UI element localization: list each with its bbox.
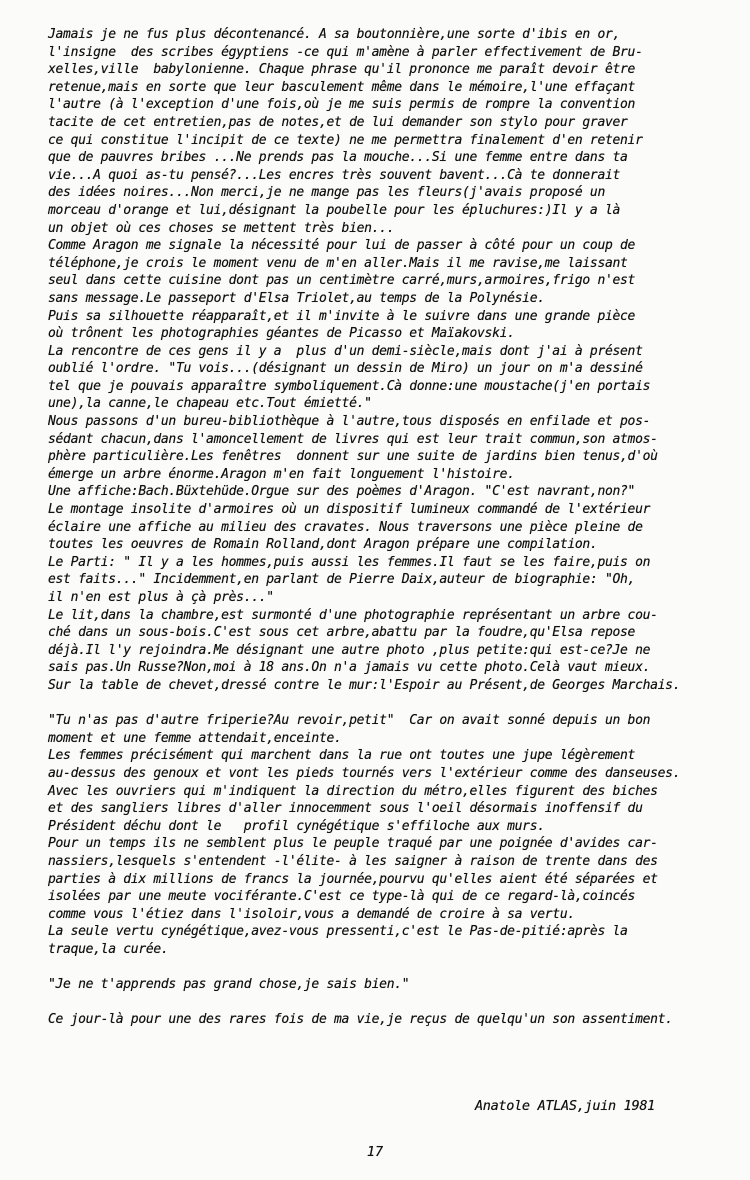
text-line: vie...A quoi as-tu pensé?...Les encres t… xyxy=(48,167,738,185)
text-line: isolées par une meute vociférante.C'est … xyxy=(48,888,738,906)
text-line: que de pauvres bribes ...Ne prends pas l… xyxy=(48,149,738,167)
text-line: traque,la curée. xyxy=(48,941,738,959)
text-line: phère particulière.Les fenêtres donnent … xyxy=(48,448,738,466)
text-line: une),la canne,le chapeau etc.Tout émiett… xyxy=(48,395,738,413)
text-line: est faits..." Incidemment,en parlant de … xyxy=(48,571,738,589)
text-line: Nous passons d'un bureu-bibliothèque à l… xyxy=(48,413,738,431)
text-line: sais pas.Un Russe?Non,moi à 18 ans.On n'… xyxy=(48,659,738,677)
text-line: Président déchu dont le profil cynégétiq… xyxy=(48,818,738,836)
text-line: parties à dix millions de francs la jour… xyxy=(48,871,738,889)
text-line: tel que je pouvais apparaître symbolique… xyxy=(48,378,738,396)
page-number: 17 xyxy=(0,1144,750,1160)
text-line: où trônent les photographies géantes de … xyxy=(48,325,738,343)
typewritten-text-block: Jamais je ne fus plus décontenancé. A sa… xyxy=(48,26,738,1029)
text-line: oublié l'ordre. "Tu vois...(désignant un… xyxy=(48,360,738,378)
blank-line xyxy=(48,695,738,713)
text-line: seul dans cette cuisine dont pas un cent… xyxy=(48,272,738,290)
text-line: "Je ne t'apprends pas grand chose,je sai… xyxy=(48,976,738,994)
text-line: tacite de cet entretien,pas de notes,et … xyxy=(48,114,738,132)
document-page: Jamais je ne fus plus décontenancé. A sa… xyxy=(0,0,750,1180)
text-line: La rencontre de ces gens il y a plus d'u… xyxy=(48,343,738,361)
text-line: Ce jour-là pour une des rares fois de ma… xyxy=(48,1011,738,1029)
text-line: nassiers,lesquels s'entendent -l'élite- … xyxy=(48,853,738,871)
signature: Anatole ATLAS,juin 1981 xyxy=(475,1098,655,1114)
text-line: Pour un temps ils ne semblent plus le pe… xyxy=(48,835,738,853)
text-line: des idées noires...Non merci,je ne mange… xyxy=(48,184,738,202)
text-line: téléphone,je crois le moment venu de m'e… xyxy=(48,255,738,273)
text-line: Une affiche:Bach.Büxtehüde.Orgue sur des… xyxy=(48,483,738,501)
text-line: ché dans un sous-bois.C'est sous cet arb… xyxy=(48,624,738,642)
text-line: déjà.Il l'y rejoindra.Me désignant une a… xyxy=(48,642,738,660)
text-line: La seule vertu cynégétique,avez-vous pre… xyxy=(48,923,738,941)
text-line: Le montage insolite d'armoires où un dis… xyxy=(48,501,738,519)
text-line: Le lit,dans la chambre,est surmonté d'un… xyxy=(48,607,738,625)
text-line: l'autre (à l'exception d'une fois,où je … xyxy=(48,96,738,114)
text-line: Avec les ouvriers qui m'indiquent la dir… xyxy=(48,783,738,801)
text-line: Les femmes précisément qui marchent dans… xyxy=(48,747,738,765)
text-line: éclaire une affiche au milieu des cravat… xyxy=(48,519,738,537)
blank-line xyxy=(48,958,738,976)
text-line: émerge un arbre énorme.Aragon m'en fait … xyxy=(48,466,738,484)
text-line: sédant chacun,dans l'amoncellement de li… xyxy=(48,431,738,449)
text-line: xelles,ville babylonienne. Chaque phrase… xyxy=(48,61,738,79)
text-line: morceau d'orange et lui,désignant la pou… xyxy=(48,202,738,220)
text-line: et des sangliers libres d'aller innocemm… xyxy=(48,800,738,818)
text-line: un objet où ces choses se mettent très b… xyxy=(48,220,738,238)
text-line: "Tu n'as pas d'autre friperie?Au revoir,… xyxy=(48,712,738,730)
text-line: Le Parti: " Il y a les hommes,puis aussi… xyxy=(48,554,738,572)
text-line: au-dessus des genoux et vont les pieds t… xyxy=(48,765,738,783)
text-line: Sur la table de chevet,dressé contre le … xyxy=(48,677,738,695)
text-line: ce qui constitue l'incipit de ce texte) … xyxy=(48,132,738,150)
text-line: moment et une femme attendait,enceinte. xyxy=(48,730,738,748)
text-line: il n'en est plus à çà près..." xyxy=(48,589,738,607)
text-line: toutes les oeuvres de Romain Rolland,don… xyxy=(48,536,738,554)
text-line: sans message.Le passeport d'Elsa Triolet… xyxy=(48,290,738,308)
text-line: Jamais je ne fus plus décontenancé. A sa… xyxy=(48,26,738,44)
text-line: l'insigne des scribes égyptiens -ce qui … xyxy=(48,44,738,62)
text-line: comme vous l'étiez dans l'isoloir,vous a… xyxy=(48,906,738,924)
text-line: Puis sa silhouette réapparaît,et il m'in… xyxy=(48,308,738,326)
blank-line xyxy=(48,994,738,1012)
text-line: retenue,mais en sorte que leur basculeme… xyxy=(48,79,738,97)
text-line: Comme Aragon me signale la nécessité pou… xyxy=(48,237,738,255)
